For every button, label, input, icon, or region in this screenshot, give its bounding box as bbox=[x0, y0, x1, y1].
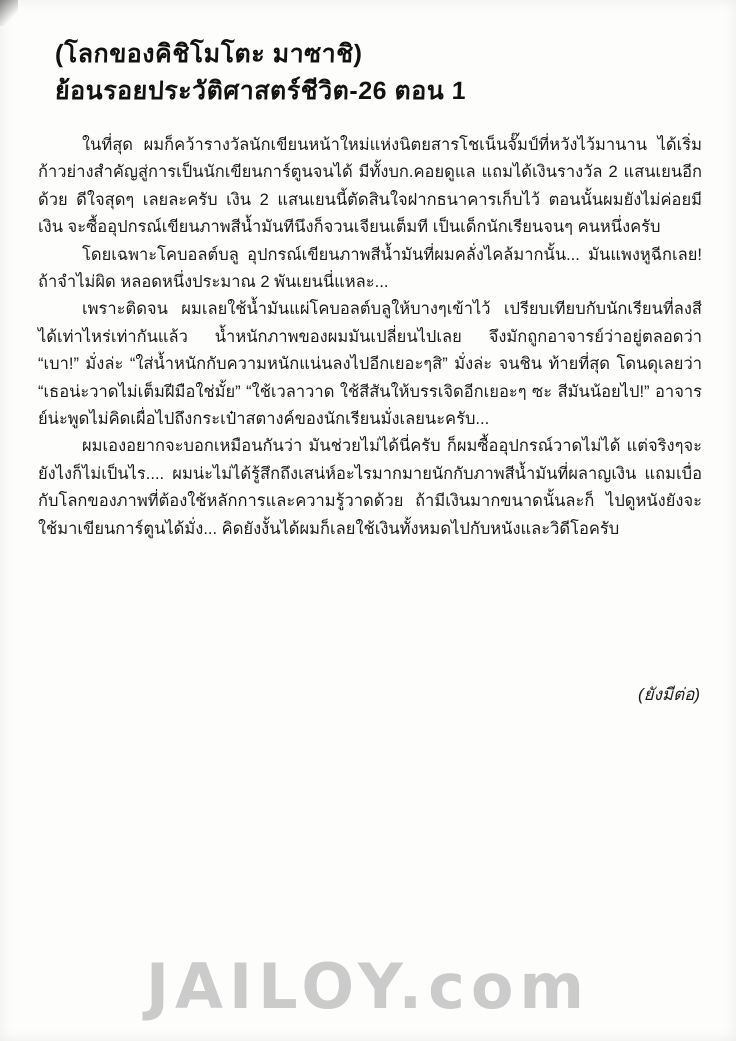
document-header: (โลกของคิชิโมโตะ มาซาชิ) ย้อนรอยประวัติศ… bbox=[55, 36, 696, 110]
paragraph-3: เพราะติดจน ผมเลยใช้น้ำมันแผ่โคบอลต์บลูให… bbox=[38, 296, 702, 433]
episode-title: ย้อนรอยประวัติศาสตร์ชีวิต-26 ตอน 1 bbox=[54, 73, 696, 110]
paragraph-4: ผมเองอยากจะบอกเหมือนกันว่า มันช่วยไม่ได้… bbox=[38, 433, 702, 543]
to-be-continued-note: (ยังมีต่อ) bbox=[638, 681, 700, 708]
watermark: JAILOY.com bbox=[0, 950, 736, 1023]
document-page: (โลกของคิชิโมโตะ มาซาชิ) ย้อนรอยประวัติศ… bbox=[0, 0, 736, 1041]
paragraph-1: ในที่สุด ผมก็คว้ารางวัลนักเขียนหน้าใหม่แ… bbox=[38, 132, 702, 242]
series-title: (โลกของคิชิโมโตะ มาซาชิ) bbox=[54, 36, 696, 73]
body-text: ในที่สุด ผมก็คว้ารางวัลนักเขียนหน้าใหม่แ… bbox=[38, 132, 702, 543]
paragraph-2: โดยเฉพาะโคบอลต์บลู อุปกรณ์เขียนภาพสีน้ำม… bbox=[38, 242, 702, 297]
